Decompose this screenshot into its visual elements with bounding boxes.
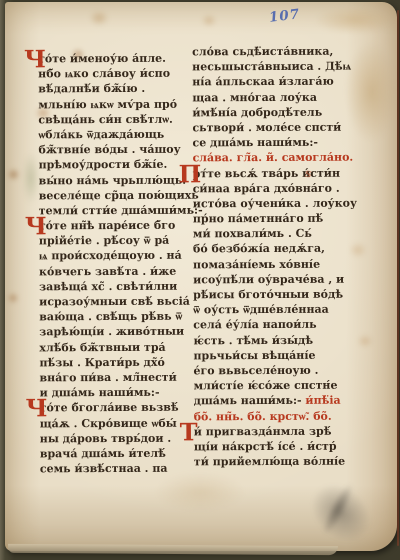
manuscript-line: нб̃о ѩко сла́воу и́спо <box>38 66 192 82</box>
stain <box>345 42 397 142</box>
text-segment: е́го вьвьселе́ноую . <box>193 364 318 378</box>
manuscript-line: бж̃твні́е во́ды . ча́шоу <box>38 142 192 158</box>
book-block-edge <box>8 544 338 555</box>
drop-cap-initial: П <box>179 163 202 185</box>
text-segment: се дша́мь наши́мь:- <box>192 136 318 150</box>
text-segment: несьшыста́вныиса . Дѣ́ѩ <box>192 60 351 74</box>
text-segment: завѣща́ хс̃ . свѣти́лни <box>39 280 177 294</box>
manuscript-line: зарѣю́щі́и . живо́тныи <box>39 324 193 340</box>
text-segment: рт́те вьсѫ́ тва́рь и́сти́н <box>193 166 340 180</box>
manuscript-line: исразоу́мныи свѣ́ вьсіа́ <box>39 294 193 310</box>
manuscript-line: прійе́тіе . рѣ́соу ѿ ра́ <box>39 233 193 249</box>
manuscript-line: свѣща́нь си́н свѣ́тлѡ. <box>38 111 192 127</box>
folio-number: 107 <box>268 6 301 26</box>
text-segment: прѣмоу́дрости бж̃і́е. <box>39 158 168 172</box>
manuscript-line: сла́ва. гл̃а. и̃. самогла́но. <box>193 150 345 166</box>
text-segment: ѩ прои́сходе́щоую . на́ <box>39 249 182 263</box>
manuscript-line: завѣща́ хс̃ . свѣти́лни <box>39 278 193 294</box>
fore-edge-tint <box>397 10 399 546</box>
stain <box>155 472 245 512</box>
text-segment: и́ пригвазда́нмла зрѣ́ <box>194 424 332 438</box>
manuscript-line: вна́го пи́ва . мл̃нести́ <box>39 370 193 386</box>
text-segment: помаза́ні́емь хо́вні́е <box>193 257 320 271</box>
text-segment: мльні́ю ѩкѡ мѵ́ра про́ <box>38 97 177 111</box>
manuscript-line: пр́но па́метнна́го пѣ́ <box>193 211 345 227</box>
manuscript-line: ваю́ща . свѣ́щь рѣ́вь ѿ <box>39 309 193 325</box>
manuscript-line: сьтвори́ . моле́се спсти́ <box>192 120 344 136</box>
text-segment: то́те б̃гогла́иве вьзвѣ́ <box>40 401 179 415</box>
text-segment: сло́ва сьдѣ̈иста́вника, <box>192 45 333 59</box>
text-segment: сла́ва. гл̃а. и̃. самогла́но. <box>193 151 354 165</box>
text-segment: пр́но па́метнна́го пѣ́ <box>193 212 323 226</box>
text-segment: нб̃о ѩко сла́воу и́спо <box>38 67 170 81</box>
text-segment: мли́сті́е ѥ́со́же спстн́е <box>194 379 338 393</box>
manuscript-line: ѿ оу́сть ѿдше́вле́ннаа <box>193 302 345 318</box>
text-segment: темли́ стти́е дша́мши́мь:- <box>39 203 203 217</box>
text-segment: ні́а а́пльскаа и́злага́ю <box>192 75 334 89</box>
text-segment: исоу́пѣ́ли оу́враче́ва , и <box>193 272 344 286</box>
manuscript-line: хлѣ́бь бж̃твныи тра́ <box>39 339 193 355</box>
manuscript-line: несьшыста́вныиса . Дѣ́ѩ <box>192 59 344 75</box>
text-segment: си́наа вра́га дхо́вна́го . <box>193 181 340 195</box>
manuscript-line: е́го вьвьселе́ноую . <box>193 363 345 379</box>
text-segment: вна́го пи́ва . мл̃нести́ <box>39 371 176 385</box>
manuscript-line: бо́ безбо́жі́а недѫ́га, <box>193 241 345 257</box>
text-segment: бж̃твні́е во́ды . ча́шоу <box>38 143 180 157</box>
manuscript-line: мли́сті́е ѥ́со́же спстн́е <box>194 378 346 394</box>
manuscript-line: семь и́звѣ́стнаа . па <box>40 461 194 477</box>
manuscript-line: Что́те и́меноу́ю а́пле. <box>38 51 192 67</box>
text-segment: вы́но на́мь чрьплю́щь. <box>39 173 186 187</box>
text-segment: то́те нн̃ѣ паре́исе б̃го <box>39 219 175 233</box>
text-segment: прьчьи́сы вѣща́ні́е <box>193 349 315 363</box>
text-segment: и дша́мь наши́мь:- <box>40 386 160 400</box>
text-segment: ны да́ровь тврь́дои . <box>40 431 171 445</box>
text-segment: ща́ѫ . Скро́вище ѡбы́ <box>40 416 177 430</box>
manuscript-line: ны да́ровь тврь́дои . <box>40 430 194 446</box>
text-segment: ти́ прийемлю́ща во́лні́е <box>194 455 345 469</box>
text-segment: зарѣю́щі́и . живо́тныи <box>39 325 184 339</box>
drop-cap-initial: Ч <box>26 398 48 420</box>
text-segment: ѿ оу́сть ѿдше́вле́ннаа <box>193 303 329 317</box>
stain <box>89 10 109 26</box>
text-segment: бо̃. нн̃ь. бо̃. крстѡ̃. бо̃. <box>194 409 332 423</box>
stain <box>357 334 373 348</box>
manuscript-line: врача́ дша́мь и́телѣ́ <box>40 446 194 462</box>
text-segment: пѣ́зы . Крати́рь дх̃о́ <box>39 356 164 370</box>
manuscript-line: прьчьи́сы вѣща́ні́е <box>193 347 345 363</box>
text-segment: сьтвори́ . моле́се спсти́ <box>192 121 341 135</box>
text-segment: свѣща́нь си́н свѣ́тлѡ. <box>38 113 173 127</box>
photo-background: { "folio_number": "107", "margin_mark": … <box>0 0 400 560</box>
manuscript-line: ѥ́сть . тѣ́мь и́зы́дѣ <box>193 332 345 348</box>
manuscript-line: помаза́ні́емь хо́вні́е <box>193 256 345 272</box>
manuscript-line: бо̃. нн̃ь. бо̃. крстѡ̃. бо̃. <box>194 408 346 424</box>
manuscript-line: прѣмоу́дрости бж̃і́е. <box>39 157 193 173</box>
text-segment: вѣ́далнѣ́и бж̃і́ю . <box>38 82 145 95</box>
text-segment: дша́мь наши́мь:- <box>194 394 306 407</box>
text-segment: хлѣ́бь бж̃твныи тра́ <box>39 340 165 354</box>
stain <box>7 292 19 304</box>
text-segment: щі́и на́крстѣ́ і́се́ . и́стр́ <box>194 440 337 454</box>
text-segment: семь и́звѣ́стнаа . па <box>40 462 168 476</box>
text-segment: ко́вчегь завѣ́та . и́же <box>39 264 176 278</box>
manuscript-line: ѡбла́кь ѿдажда́ющь <box>38 127 192 143</box>
manuscript-line: Что́те б̃гогла́иве вьзвѣ́ <box>40 400 194 416</box>
manuscript-line: Ти́ пригвазда́нмла зрѣ́ <box>194 423 346 439</box>
drop-cap-initial: Ч <box>24 48 46 70</box>
text-segment: щаа . мно́гаа лоу́ка <box>192 90 317 104</box>
manuscript-line: ѩ прои́сходе́щоую . на́ <box>39 248 193 264</box>
manuscript-line: пѣ́зы . Крати́рь дх̃о́ <box>39 354 193 370</box>
manuscript-line: ти́ прийемлю́ща во́лні́е <box>194 454 346 470</box>
left-column: Что́те и́меноу́ю а́пле.нб̃о ѩко сла́воу … <box>38 51 194 477</box>
stain <box>201 14 217 27</box>
text-segment: прійе́тіе . рѣ́соу ѿ ра́ <box>39 234 169 248</box>
manuscript-line: щаа . мно́гаа лоу́ка <box>192 89 344 105</box>
manuscript-line: се дша́мь наши́мь:- <box>192 135 344 151</box>
text-segment: ѡбла́кь ѿдажда́ющь <box>38 128 164 142</box>
text-segment: села́ е́у́лі́а напои́ль <box>193 318 316 332</box>
manuscript-line: дша́мь наши́мь:- и́пѣ̈іа <box>194 393 346 409</box>
text-segment: бо́ безбо́жі́а недѫ́га, <box>193 242 325 256</box>
manuscript-line: вы́но на́мь чрьплю́щь. <box>39 172 193 188</box>
text-segment: исто́ва оу́чени́ка . лоу́коу <box>193 196 357 210</box>
stain <box>315 6 393 34</box>
manuscript-line: веселе́ще ср̃ца пою́щихь <box>39 187 193 203</box>
manuscript-line: сло́ва сьдѣ̈иста́вника, <box>192 44 344 60</box>
manuscript-line: ща́ѫ . Скро́вище ѡбы́ <box>40 415 194 431</box>
manuscript-line: и́мѣ́ні́а добродѣ́тель <box>192 104 344 120</box>
ink-bleed-stain <box>23 152 39 204</box>
manuscript-line: си́наа вра́га дхо́вна́го . <box>193 180 345 196</box>
manuscript-line: щі́и на́крстѣ́ і́се́ . и́стр́ <box>194 439 346 455</box>
manuscript-line: и дша́мь наши́мь:- <box>40 385 194 401</box>
text-segment: исразоу́мныи свѣ́ вьсіа́ <box>39 295 190 309</box>
text-segment: веселе́ще ср̃ца пою́щихь <box>39 188 199 202</box>
text-segment: ми́ похвали́мь . Сь́ <box>193 227 312 241</box>
text-segment: то́те и́меноу́ю а́пле. <box>38 52 166 66</box>
stain <box>349 242 367 258</box>
manuscript-line: Что́те нн̃ѣ паре́исе б̃го <box>39 218 193 234</box>
drop-cap-initial: Т <box>180 421 198 443</box>
manuscript-line: села́ е́у́лі́а напои́ль <box>193 317 345 333</box>
text-segment: и́пѣ̈іа <box>305 394 340 407</box>
text-segment: и́мѣ́ні́а добродѣ́тель <box>192 106 322 120</box>
manuscript-line: темли́ стти́е дша́мши́мь:- <box>39 203 193 219</box>
text-segment: врача́ дша́мь и́телѣ́ <box>40 447 166 461</box>
manuscript-line: мльні́ю ѩкѡ мѵ́ра про́ <box>38 96 192 112</box>
text-segment: рѣ́исы бгото́чныи во́дѣ <box>193 288 343 302</box>
stain <box>7 168 20 181</box>
right-column: сло́ва сьдѣ̈иста́вника,несьшыста́вныиса … <box>192 44 346 470</box>
manuscript-line: исто́ва оу́чени́ка . лоу́коу <box>193 196 345 212</box>
text-segment: ѥ́сть . тѣ́мь и́зы́дѣ <box>193 333 313 347</box>
manuscript-line: вѣ́далнѣ́и бж̃і́ю . <box>38 81 192 97</box>
text-segment: ваю́ща . свѣ́щь рѣ́вь ѿ <box>39 310 182 324</box>
manuscript-line: рѣ́исы бгото́чныи во́дѣ <box>193 287 345 303</box>
manuscript-line: Прт́те вьсѫ́ тва́рь и́сти́н <box>193 165 345 181</box>
drop-cap-initial: Ч <box>25 215 47 237</box>
manuscript-line: ко́вчегь завѣ́та . и́же <box>39 263 193 279</box>
manuscript-page: 107 Что́те и́меноу́ю а́пле.нб̃о ѩко сла́… <box>5 2 397 551</box>
manuscript-line: исоу́пѣ́ли оу́враче́ва , и <box>193 271 345 287</box>
manuscript-line: ми́ похвали́мь . Сь́ <box>193 226 345 242</box>
manuscript-line: ні́а а́пльскаа и́злага́ю <box>192 74 344 90</box>
